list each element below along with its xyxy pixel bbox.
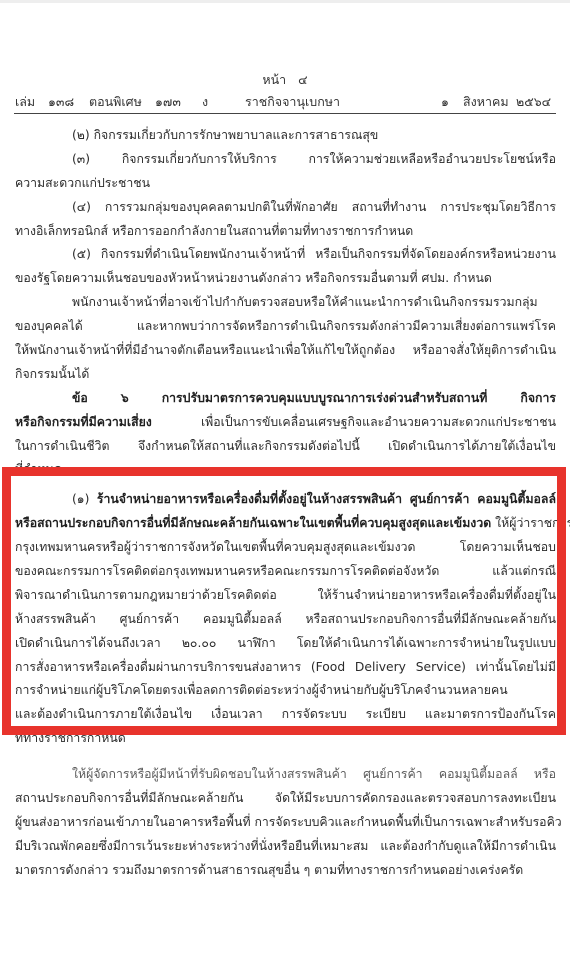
item-1-title-cont: หรือสถานประกอบกิจการอื่นที่มีลักษณะคล้าย… [15,516,491,530]
issue-number: ๑๗๓ [155,92,181,112]
highlight-line: และต้องดำเนินการภายใต้เงื่อนไข เงื่อนเวล… [15,703,556,727]
issue-suffix: ง [202,92,208,112]
highlight-line: ห้างสรรพสินค้า ศูนย์การค้า คอมมูนิตี้มอล… [15,608,556,632]
clause-6-line: ที่กำหนด [15,458,556,482]
highlight-line: ของคณะกรรมการโรคติดต่อกรุงเทพมหานครหรือค… [15,560,556,584]
item-2: (๒) กิจกรรมเกี่ยวกับการรักษาพยาบาลและการ… [15,124,556,148]
item-5-line: ของรัฐโดยความเห็นชอบของหัวหน้าหน่วยงานดั… [15,267,556,291]
date-month: สิงหาคม [463,92,509,112]
date-day: ๑ [441,92,449,112]
page-number-value: ๔ [298,72,307,87]
officer-line: ให้พนักงานเจ้าหน้าที่ที่มีอำนาจตักเตือนห… [15,339,556,363]
clause-6-title: ข้อ ๖ การปรับมาตรการควบคุมแบบบูรณาการเร่… [15,387,556,411]
item-4-line: ทางอิเล็กทรอนิกส์ หรือการออกกำลังกายในสถ… [15,220,556,244]
clause-6-line: หรือกิจกรรมที่มีความเสี่ยง เพื่อเป็นการข… [15,411,556,435]
header-row: เล่ม ๑๓๘ ตอนพิเศษ ๑๗๓ ง ราชกิจจานุเบกษา … [15,92,556,110]
item-1-title: ร้านจำหน่ายอาหารหรือเครื่องดื่มที่ตั้งอย… [97,492,556,506]
highlight-line: การจำหน่ายแก่ผู้บริโภคโดยตรงเพื่อลดการติ… [15,679,556,703]
date-year: ๒๕๖๔ [516,92,551,112]
officer-line: พนักงานเจ้าหน้าที่อาจเข้าไปกำกับตรวจสอบห… [15,291,556,315]
officer-line: ของบุคคลได้ และหากพบว่าการจัดหรือการดำเน… [15,315,556,339]
after-box-line: ผู้ขนส่งอาหารก่อนเข้าภายในอาคารหรือพื้นท… [15,811,556,835]
after-box-line: สถานประกอบกิจการอื่นที่มีลักษณะคล้ายกัน … [15,787,556,811]
highlight-line: การสั่งอาหารหรือเครื่องดื่มผ่านการบริการ… [15,656,556,680]
item-5-line: (๕) กิจกรรมที่ดำเนินโดยพนักงานเจ้าหน้าที… [15,243,556,267]
item-3-line: (๓) กิจกรรมเกี่ยวกับการให้บริการ การให้ค… [15,148,556,172]
volume-label: เล่ม [15,92,35,112]
officer-line: กิจกรรมนั้นได้ [15,363,556,387]
highlight-line: หรือสถานประกอบกิจการอื่นที่มีลักษณะคล้าย… [15,512,556,536]
clause-6-line: ในการดำเนินชีวิต จึงกำหนดให้สถานที่และกิ… [15,435,556,459]
header-rule [14,113,556,114]
page-number: หน้า ๔ [0,70,570,90]
clause-6-title-cont: หรือกิจกรรมที่มีความเสี่ยง [15,415,152,429]
item-1-text: ให้ผู้ว่าราชการ [491,516,570,530]
volume-number: ๑๓๘ [48,92,74,112]
item-3-line: ความสะดวกแก่ประชาชน [15,172,556,196]
after-box-line: มีบริเวณพักคอยซึ่งมีการเว้นระยะห่างระหว่… [15,835,556,859]
after-box-line: ให้ผู้จัดการหรือผู้มีหน้าที่รับผิดชอบในห… [15,763,556,787]
after-box-line: มาตรการดังกล่าว รวมถึงมาตรการด้านสาธารณส… [15,859,556,883]
clause-6-text: เพื่อเป็นการขับเคลื่อนเศรษฐกิจและอำนวยคว… [152,415,556,429]
highlight-line: ที่ทางราชการกำหนด [15,727,556,751]
document-body: (๒) กิจกรรมเกี่ยวกับการรักษาพยาบาลและการ… [15,124,556,883]
highlight-line: กรุงเทพมหานครหรือผู้ว่าราชการจังหวัดในเข… [15,536,556,560]
item-1-number: (๑) [72,492,97,506]
issue-label: ตอนพิเศษ [89,92,142,112]
page-label: หน้า [262,72,286,87]
item-4-line: (๔) การรวมกลุ่มของบุคคลตามปกติในที่พักอา… [15,196,556,220]
gazette-header: หน้า ๔ เล่ม ๑๓๘ ตอนพิเศษ ๑๗๓ ง ราชกิจจาน… [0,70,570,110]
highlight-line: พิจารณาดำเนินการตามกฎหมายว่าด้วยโรคติดต่… [15,584,556,608]
top-shadow [0,0,570,3]
highlight-line: (๑) ร้านจำหน่ายอาหารหรือเครื่องดื่มที่ตั… [15,488,556,512]
highlight-line: เปิดดำเนินการได้จนถึงเวลา ๒๐.๐๐ นาฬิกา โ… [15,632,556,656]
publication-name: ราชกิจจานุเบกษา [245,92,340,112]
